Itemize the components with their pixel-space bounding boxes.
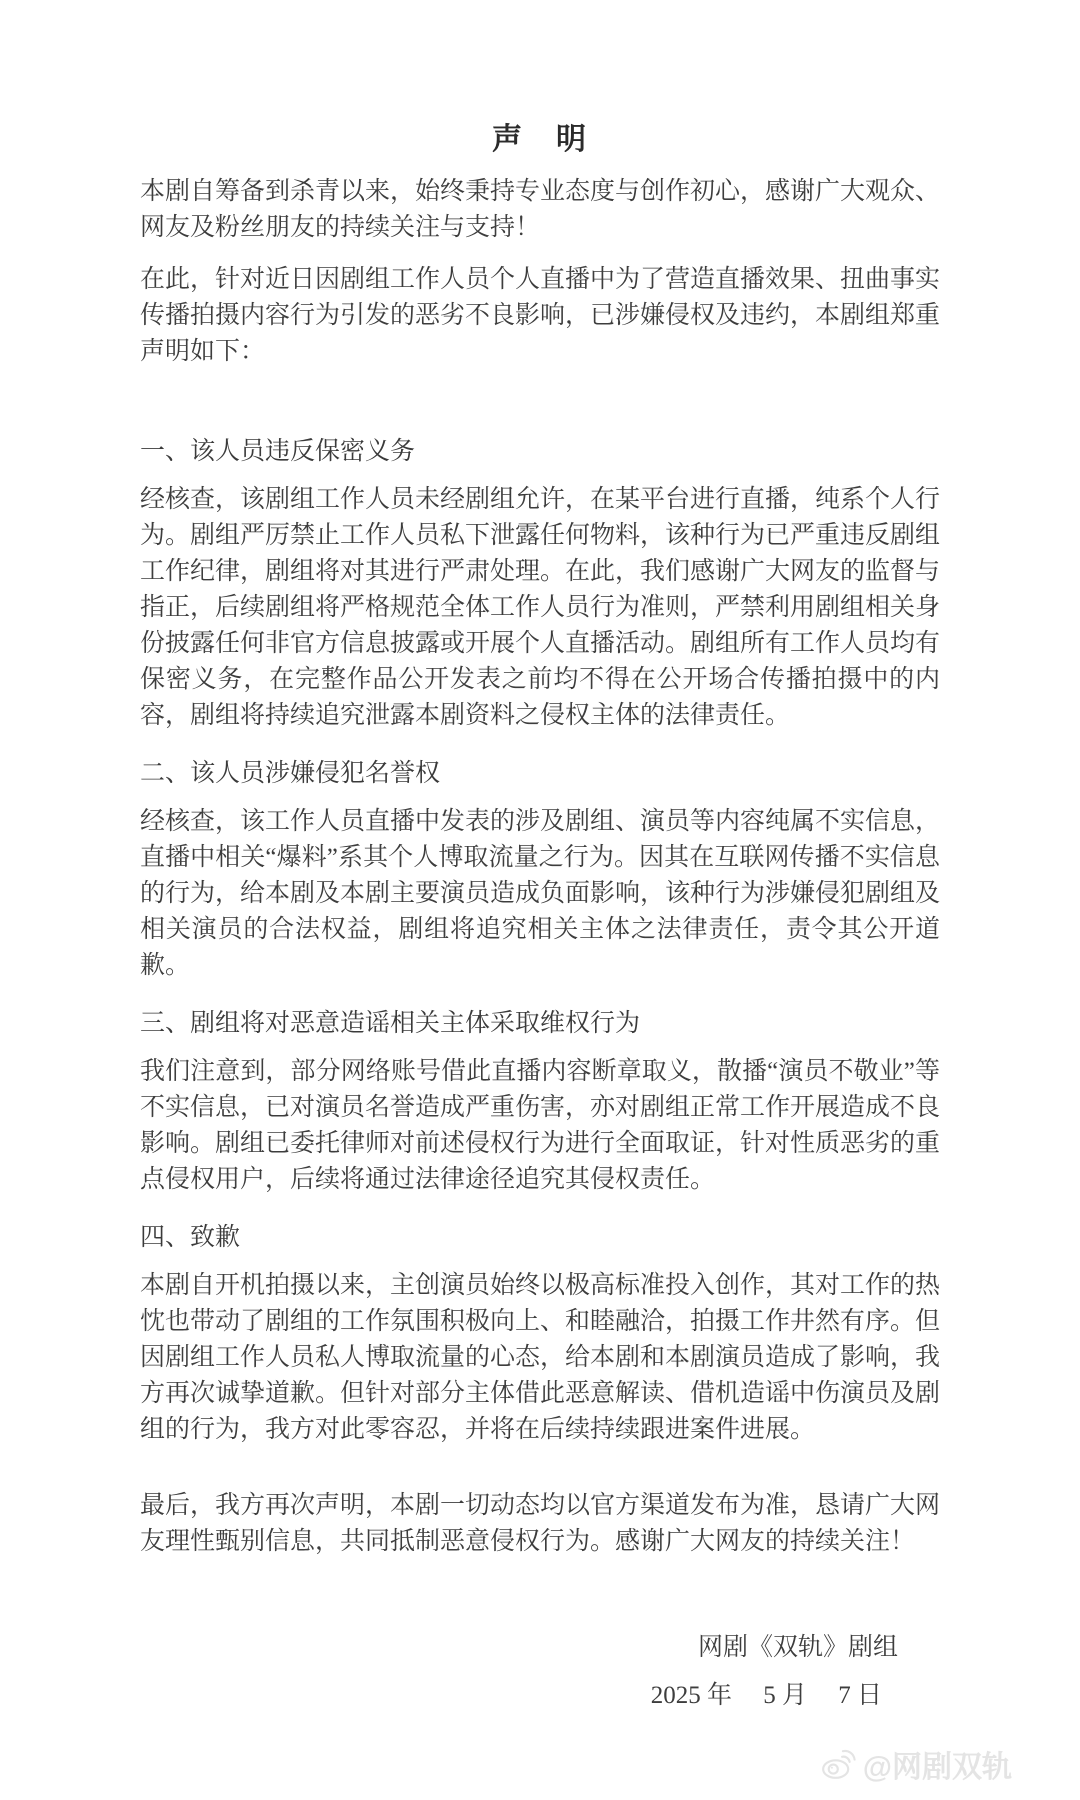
section-2-body: 经核查，该工作人员直播中发表的涉及剧组、演员等内容纯属不实信息，直播中相关“爆料… (140, 804, 940, 984)
closing-paragraph: 最后，我方再次声明，本剧一切动态均以官方渠道发布为准，恳请广大网友理性甄别信息，… (140, 1488, 940, 1560)
weibo-icon (821, 1748, 857, 1780)
section-4-heading: 四、致歉 (140, 1220, 940, 1256)
intro-paragraph-1: 本剧自筹备到杀青以来，始终秉持专业态度与创作初心，感谢广大观众、网友及粉丝朋友的… (140, 174, 940, 246)
page-title: 声 明 (140, 118, 940, 162)
section-1-heading: 一、该人员违反保密义务 (140, 434, 940, 470)
section-4-body: 本剧自开机拍摄以来，主创演员始终以极高标准投入创作，其对工作的热忱也带动了剧组的… (140, 1268, 940, 1448)
intro-paragraph-2: 在此，针对近日因剧组工作人员个人直播中为了营造直播效果、扭曲事实传播拍摄内容行为… (140, 262, 940, 370)
section-3-heading: 三、剧组将对恶意造谣相关主体采取维权行为 (140, 1006, 940, 1042)
watermark-text: @网剧双轨 (863, 1742, 1012, 1786)
statement-document: 声 明 本剧自筹备到杀青以来，始终秉持专业态度与创作初心，感谢广大观众、网友及粉… (140, 0, 940, 1714)
section-2-heading: 二、该人员涉嫌侵犯名誉权 (140, 756, 940, 792)
weibo-watermark: @网剧双轨 (821, 1742, 1012, 1786)
statement-page: 声 明 本剧自筹备到杀青以来，始终秉持专业态度与创作初心，感谢广大观众、网友及粉… (0, 0, 1080, 1800)
signature-line: 网剧《双轨》剧组 (140, 1630, 940, 1666)
section-3-body: 我们注意到，部分网络账号借此直播内容断章取义，散播“演员不敬业”等不实信息，已对… (140, 1054, 940, 1198)
date-line: 2025 年 5 月 7 日 (140, 1678, 940, 1714)
section-1-body: 经核查，该剧组工作人员未经剧组允许，在某平台进行直播，纯系个人行为。剧组严厉禁止… (140, 482, 940, 734)
